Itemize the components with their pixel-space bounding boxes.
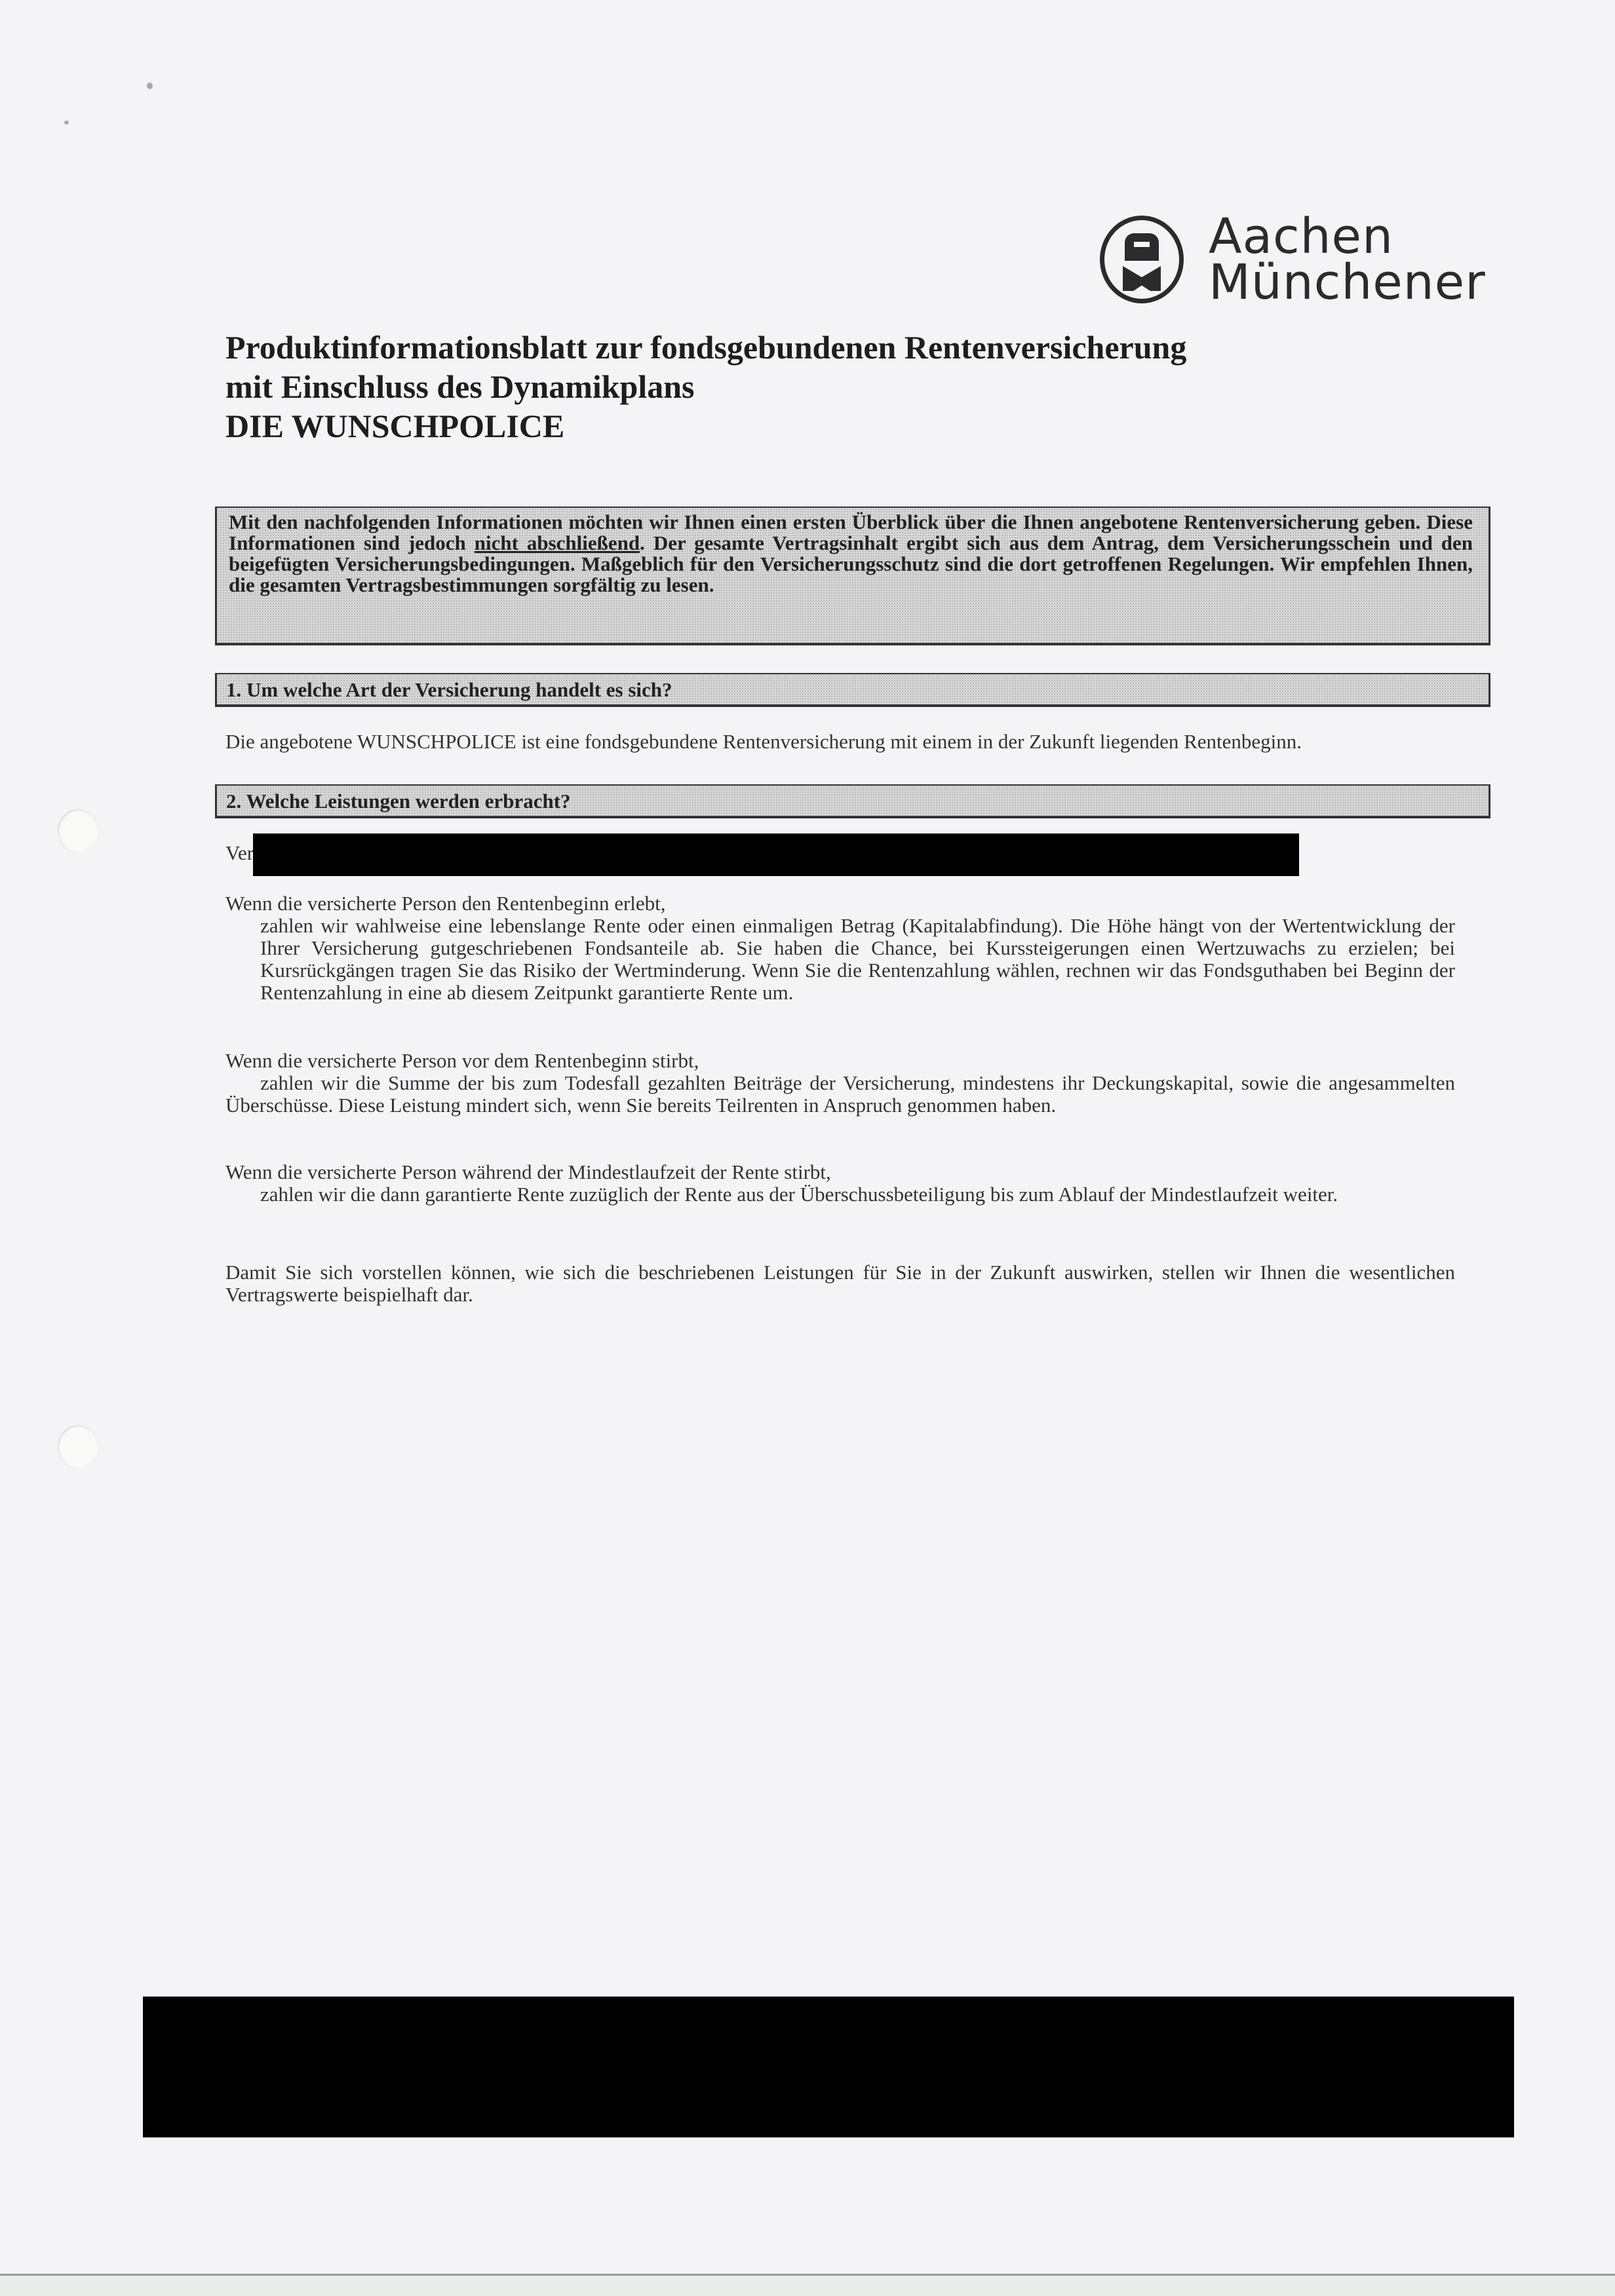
logo-line-1: Aachen	[1209, 214, 1486, 259]
section-2-heading: 2. Welche Leistungen werden erbracht?	[215, 784, 1490, 818]
case-death-during-body: zahlen wir die dann garantierte Rente zu…	[225, 1183, 1455, 1206]
footer-redaction	[143, 1997, 1514, 2137]
section-1-body: Die angebotene WUNSCHPOLICE ist eine fon…	[225, 731, 1455, 753]
scan-speck	[147, 83, 153, 89]
case-death-before-lead: Wenn die versicherte Person vor dem Rent…	[225, 1050, 1455, 1072]
logo-line-2: Münchener	[1209, 259, 1486, 305]
section-1-heading: 1. Um welche Art der Versicherung handel…	[215, 673, 1490, 707]
closing-paragraph: Damit Sie sich vorstellen können, wie si…	[225, 1261, 1455, 1306]
punch-hole	[58, 1425, 98, 1468]
intro-notice-box: Mit den nachfolgenden Informationen möch…	[215, 507, 1490, 645]
title-line-3: DIE WUNSCHPOLICE	[225, 406, 1186, 446]
insured-person-redaction	[253, 833, 1299, 876]
case-survival-lead: Wenn die versicherte Person den Rentenbe…	[225, 892, 1455, 915]
scan-speck	[64, 121, 69, 124]
intro-underlined-text: nicht abschließend	[475, 531, 640, 554]
title-line-1: Produktinformationsblatt zur fondsgebund…	[225, 328, 1186, 367]
am-logo-icon	[1100, 216, 1184, 303]
case-survival-body: zahlen wir wahlweise eine lebenslange Re…	[225, 915, 1455, 1004]
case-death-during-min-term: Wenn die versicherte Person während der …	[225, 1161, 1455, 1206]
document-title: Produktinformationsblatt zur fondsgebund…	[225, 328, 1186, 446]
case-death-before-start: Wenn die versicherte Person vor dem Rent…	[225, 1050, 1455, 1117]
title-line-2: mit Einschluss des Dynamikplans	[225, 367, 1186, 406]
case-death-before-body: zahlen wir die Summe der bis zum Todesfa…	[225, 1072, 1455, 1117]
case-survival: Wenn die versicherte Person den Rentenbe…	[225, 892, 1455, 1004]
page-bottom-edge	[0, 2274, 1615, 2296]
company-logo: Aachen Münchener	[1100, 214, 1486, 305]
case-death-during-lead: Wenn die versicherte Person während der …	[225, 1161, 1455, 1183]
punch-hole	[58, 809, 98, 852]
logo-wordmark: Aachen Münchener	[1209, 214, 1486, 305]
